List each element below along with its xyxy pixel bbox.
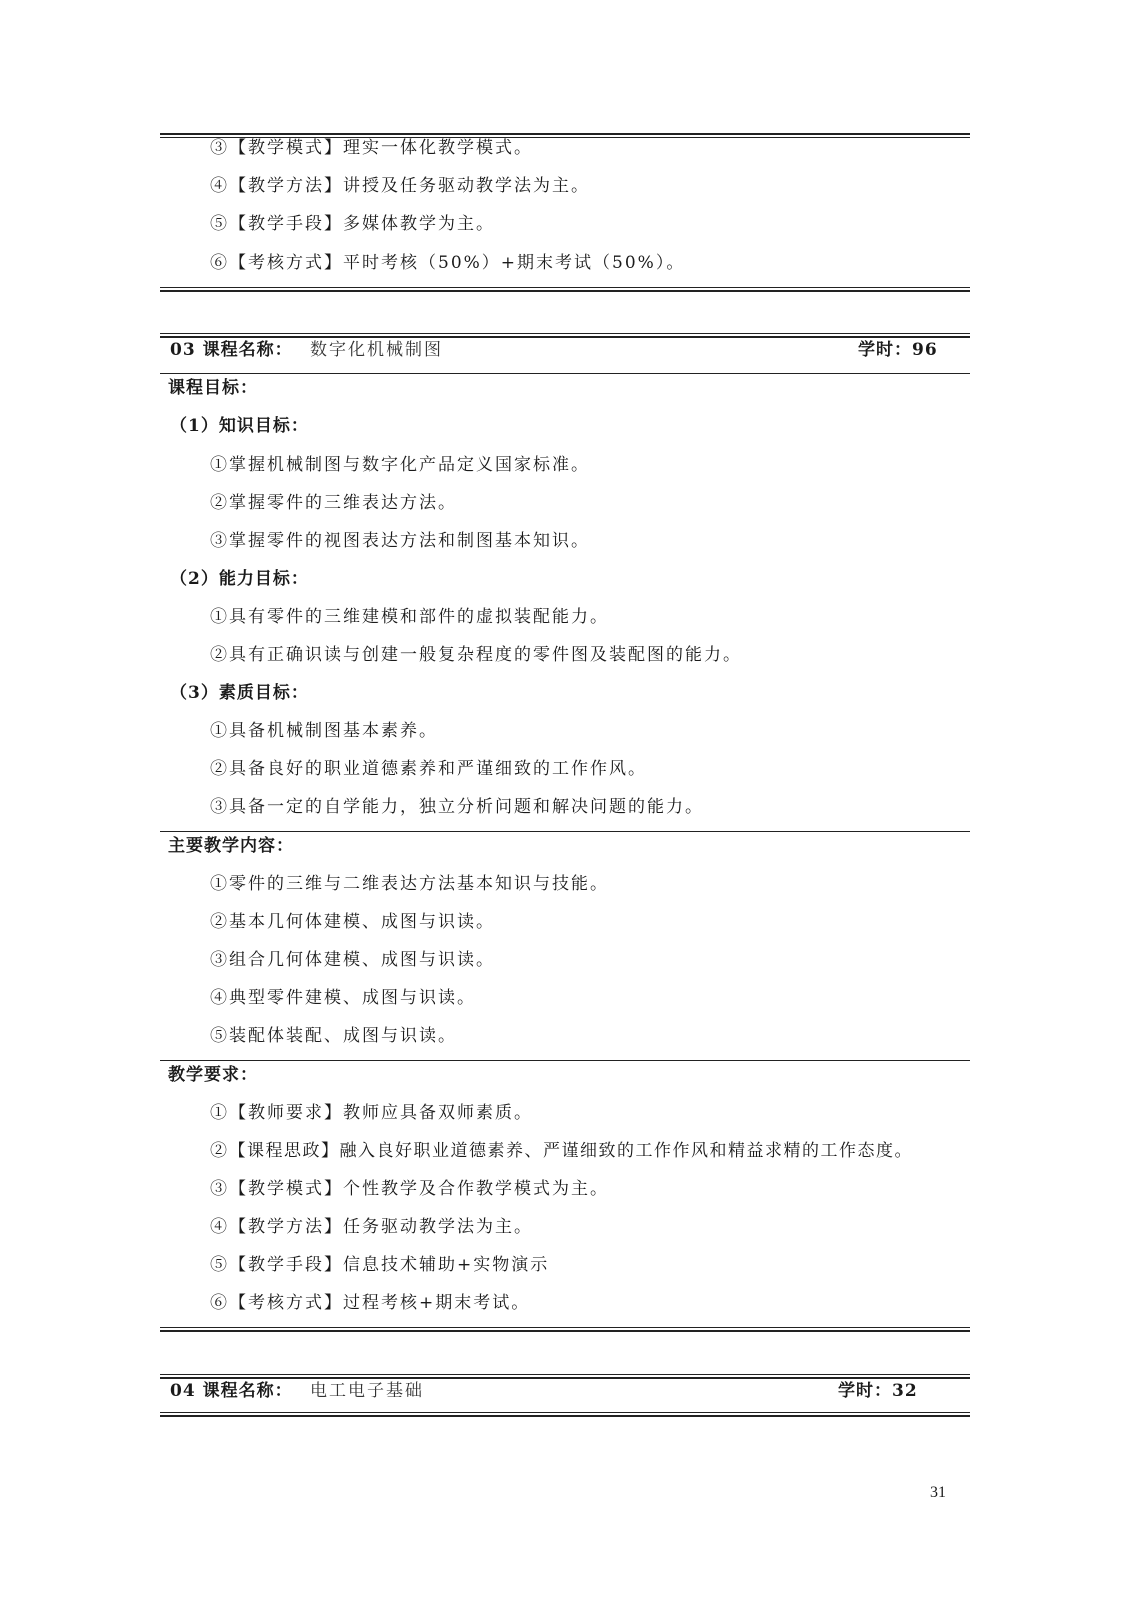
quality-title: （3）素质目标：: [170, 682, 309, 704]
knowledge-item-2: ②掌握零件的三维表达方法。: [210, 492, 457, 514]
knowledge-item-3: ③掌握零件的视图表达方法和制图基本知识。: [210, 530, 590, 552]
course-03-hours: 学时：96: [858, 338, 938, 362]
ability-item-2: ②具有正确识读与创建一般复杂程度的零件图及装配图的能力。: [210, 644, 742, 666]
content-item-3: ③组合几何体建模、成图与识读。: [210, 949, 495, 971]
content-item-1: ①零件的三维与二维表达方法基本知识与技能。: [210, 873, 609, 895]
course-03-header-rule: [160, 373, 970, 374]
ability-title: （2）能力目标：: [170, 568, 309, 590]
requirements-section-rule: [160, 1060, 970, 1061]
course-03-header: 03 课程名称： 数字化机械制图 学时：96: [170, 338, 960, 362]
content-item-4: ④典型零件建模、成图与识读。: [210, 987, 476, 1009]
knowledge-item-1: ①掌握机械制图与数字化产品定义国家标准。: [210, 454, 590, 476]
quality-item-2: ②具备良好的职业道德素养和严谨细致的工作作风。: [210, 758, 647, 780]
prev-course-bottom-rule: [160, 287, 970, 292]
course-03-number-label: 03 课程名称：: [170, 338, 293, 362]
prev-requirement-5: ⑤【教学手段】多媒体教学为主。: [210, 213, 495, 235]
course-03-bottom-rule: [160, 1327, 970, 1332]
objectives-title: 课程目标：: [168, 377, 258, 399]
course-03-name: 数字化机械制图: [310, 338, 443, 362]
quality-item-3: ③具备一定的自学能力，独立分析问题和解决问题的能力。: [210, 796, 704, 818]
requirement-2: ②【课程思政】融入良好职业道德素养、严谨细致的工作作风和精益求精的工作态度。: [210, 1140, 913, 1162]
quality-item-1: ①具备机械制图基本素养。: [210, 720, 438, 742]
course-04-header: 04 课程名称： 电工电子基础 学时：32: [170, 1379, 960, 1403]
requirement-4: ④【教学方法】任务驱动教学法为主。: [210, 1216, 533, 1238]
page-number: 31: [930, 1484, 946, 1502]
requirements-title: 教学要求：: [168, 1064, 258, 1086]
content-title: 主要教学内容：: [168, 835, 294, 857]
requirement-3: ③【教学模式】个性教学及合作教学模式为主。: [210, 1178, 609, 1200]
prev-requirement-4: ④【教学方法】讲授及任务驱动教学法为主。: [210, 175, 590, 197]
course-04-hours: 学时：32: [838, 1379, 918, 1403]
knowledge-title: （1）知识目标：: [170, 415, 309, 437]
content-item-2: ②基本几何体建模、成图与识读。: [210, 911, 495, 933]
course-04-number-label: 04 课程名称：: [170, 1379, 293, 1403]
content-section-rule: [160, 831, 970, 832]
prev-requirement-6: ⑥【考核方式】平时考核（50%）+期末考试（50%）。: [210, 252, 685, 274]
ability-item-1: ①具有零件的三维建模和部件的虚拟装配能力。: [210, 606, 609, 628]
course-04-name: 电工电子基础: [310, 1379, 424, 1403]
requirement-5: ⑤【教学手段】信息技术辅助+实物演示: [210, 1254, 549, 1276]
content-item-5: ⑤装配体装配、成图与识读。: [210, 1025, 457, 1047]
requirement-1: ①【教师要求】教师应具备双师素质。: [210, 1102, 533, 1124]
prev-requirement-3: ③【教学模式】理实一体化教学模式。: [210, 137, 533, 159]
requirement-6: ⑥【考核方式】过程考核+期末考试。: [210, 1292, 530, 1314]
course-04-bottom-rule: [160, 1412, 970, 1417]
